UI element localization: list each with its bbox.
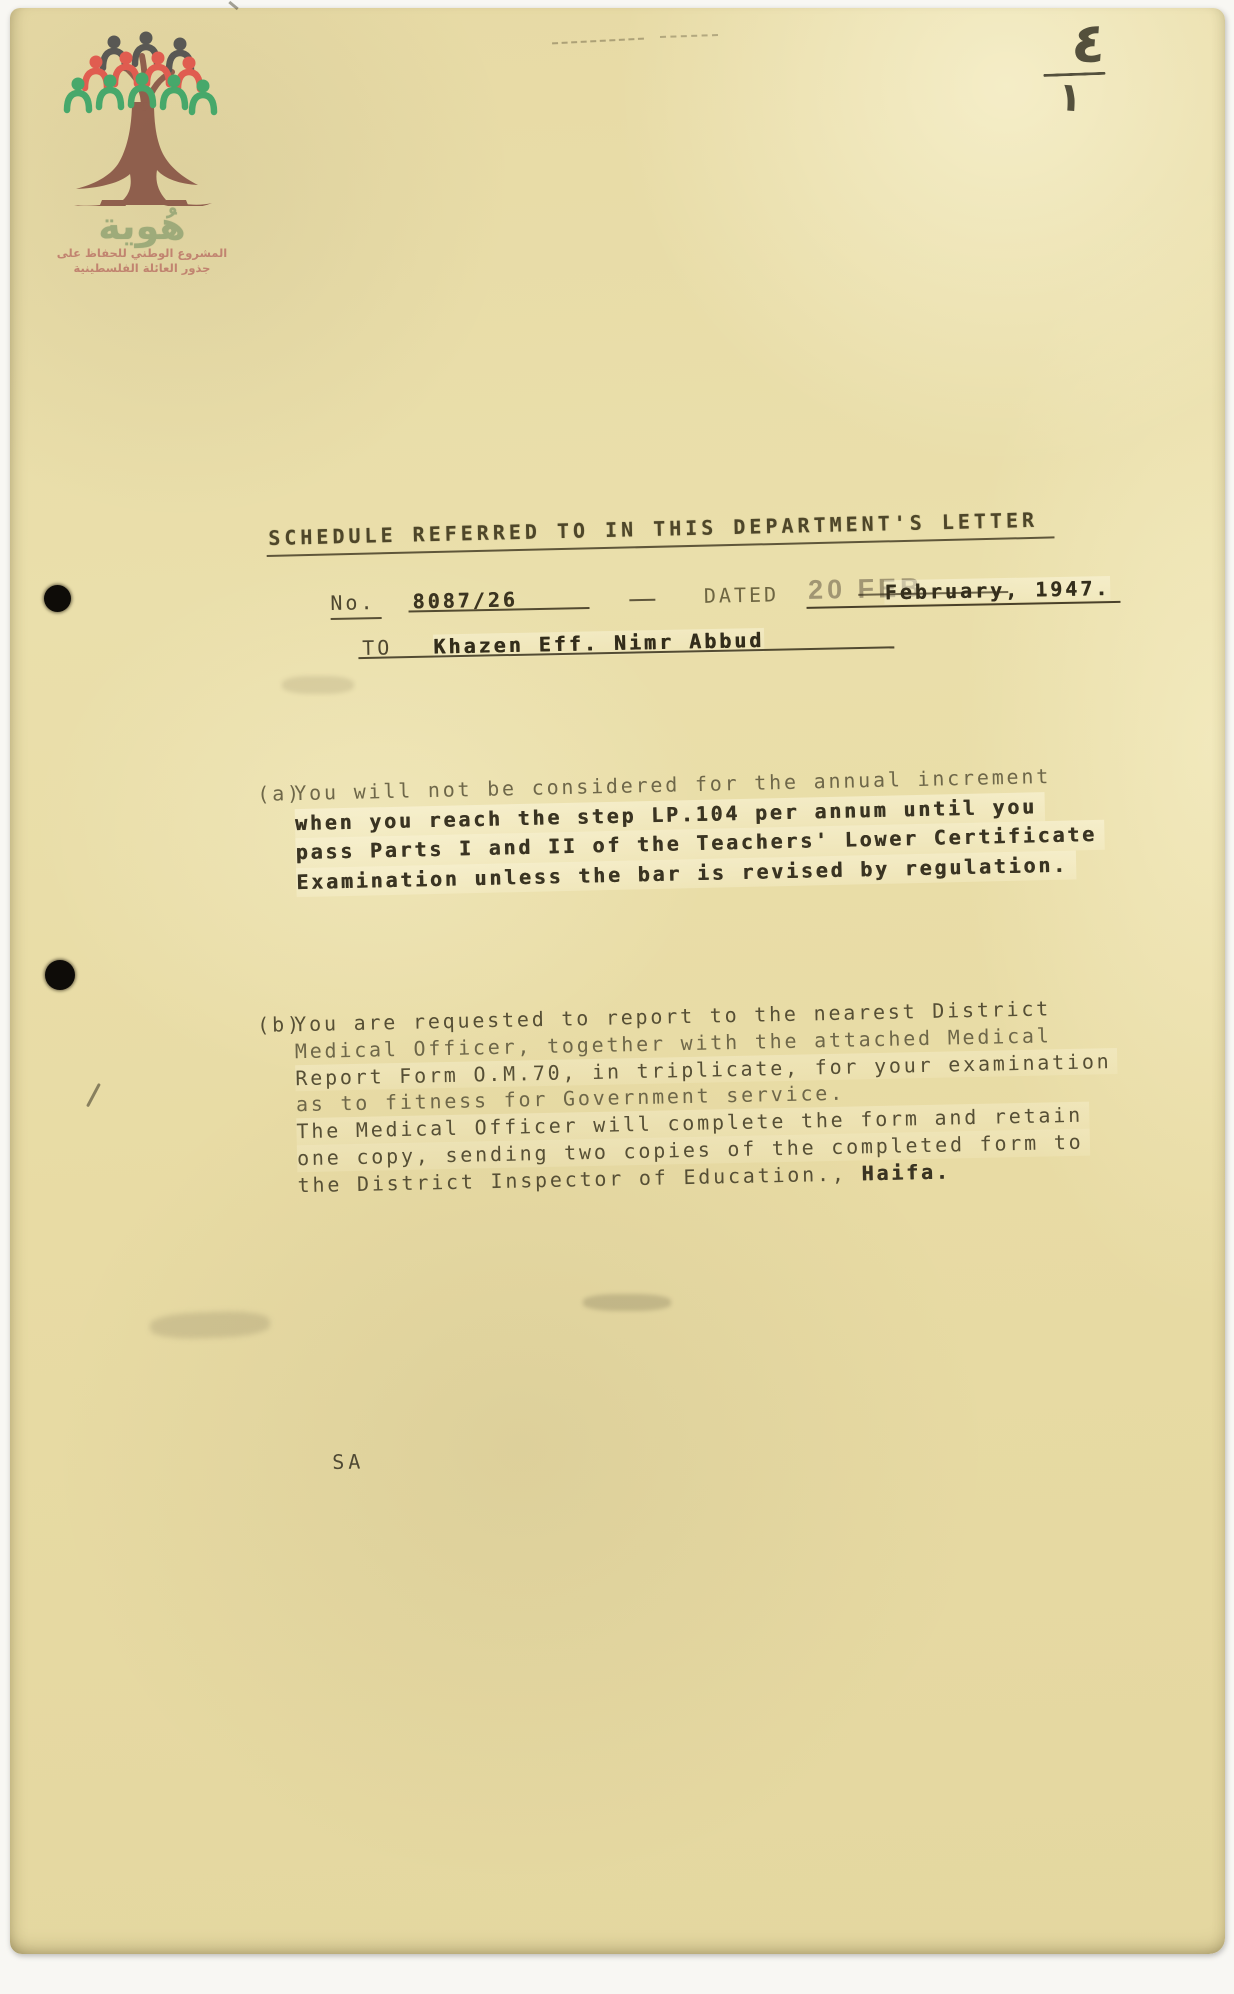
to-label: TO bbox=[362, 635, 393, 660]
no-label: No. bbox=[330, 590, 382, 620]
paragraph-b-marker: (b) bbox=[257, 1011, 302, 1039]
dated-label: DATED bbox=[704, 582, 780, 607]
org-logo: هُوية المشروع الوطني للحفاظ على جذور الع… bbox=[56, 28, 228, 276]
reference-number: 8087/26 bbox=[412, 587, 518, 613]
paragraph-a: (a) You will not be considered for the a… bbox=[257, 759, 1189, 898]
date-field: 20 FEB February, 1947. bbox=[808, 569, 1115, 609]
typed-date: February, 1947. bbox=[884, 576, 1110, 604]
aged-paper-background bbox=[10, 8, 1225, 1954]
handwritten-filing-annotation: ٤ ١ bbox=[1043, 13, 1140, 122]
ink-smudge bbox=[583, 1294, 671, 1311]
logo-subtitle-line1: المشروع الوطني للحفاظ على bbox=[56, 246, 228, 261]
hole-punch-bottom bbox=[45, 960, 75, 990]
city-name-bold: Haifa. bbox=[861, 1159, 951, 1185]
typist-initials: SA bbox=[332, 1449, 365, 1474]
pencil-smudge bbox=[282, 676, 354, 694]
rule-dash bbox=[629, 598, 655, 601]
hole-punch-top bbox=[44, 585, 71, 612]
tree-of-people-icon bbox=[56, 28, 228, 206]
scanned-document-page: هُوية المشروع الوطني للحفاظ على جذور الع… bbox=[0, 0, 1234, 1994]
annotation-bottom-numeral: ١ bbox=[1056, 77, 1135, 122]
paragraph-a-marker: (a) bbox=[257, 779, 302, 810]
annotation-top-numeral: ٤ bbox=[1070, 15, 1140, 75]
logo-arabic-title: هُوية bbox=[56, 206, 228, 246]
logo-subtitle-line2: جذور العائلة الفلسطينية bbox=[56, 261, 228, 276]
paragraph-b: (b) You are requested to report to the n… bbox=[257, 993, 1191, 1200]
